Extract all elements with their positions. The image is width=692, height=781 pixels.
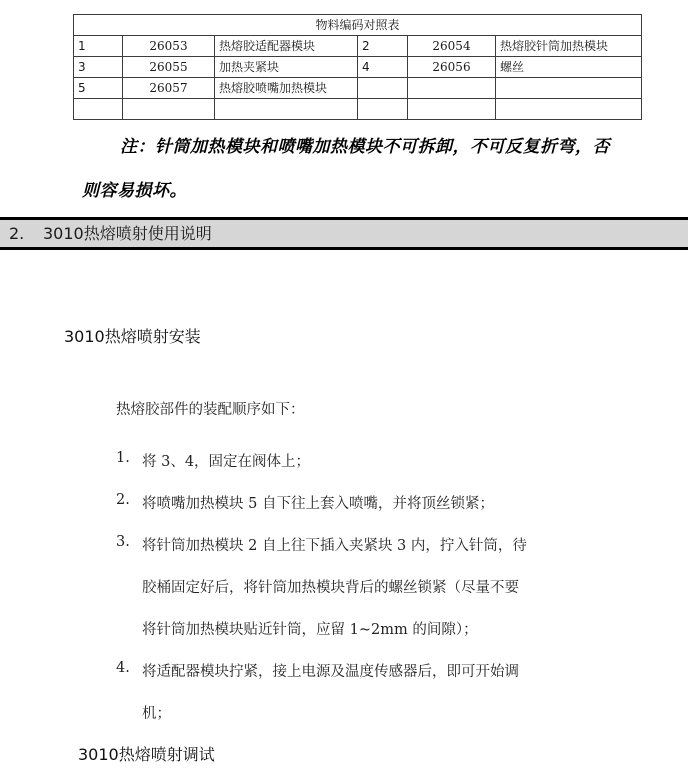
table-cell: 热熔胶喷嘴加热模块 bbox=[215, 78, 358, 99]
table-cell: 2 bbox=[358, 36, 408, 57]
table-row bbox=[74, 99, 642, 120]
table-cell: 螺丝 bbox=[496, 57, 642, 78]
warning-note-line-1: 注：针筒加热模块和喷嘴加热模块不可拆卸，不可反复折弯，否 bbox=[120, 132, 610, 157]
install-intro: 热熔胶部件的装配顺序如下： bbox=[116, 398, 305, 419]
step-text: 胶桶固定好后，将针筒加热模块背后的螺丝锁紧（尽量不要 bbox=[142, 576, 519, 597]
table-row: 1 26053 热熔胶适配器模块 2 26054 热熔胶针筒加热模块 bbox=[74, 36, 642, 57]
step-text: 将适配器模块拧紧，接上电源及温度传感器后，即可开始调 bbox=[142, 660, 519, 681]
table-cell bbox=[496, 99, 642, 120]
step-text: 将针筒加热模块贴近针筒，应留 1~2mm 的间隙）； bbox=[142, 618, 478, 639]
step-number: 2. bbox=[116, 492, 130, 508]
step-text: 将 3、4，固定在阀体上； bbox=[142, 450, 310, 471]
step-number: 1. bbox=[116, 450, 130, 466]
step-text: 将喷嘴加热模块 5 自下往上套入喷嘴，并将顶丝锁紧； bbox=[142, 492, 494, 513]
table-cell bbox=[215, 99, 358, 120]
table-cell bbox=[74, 99, 123, 120]
step-text: 将针筒加热模块 2 自上往下插入夹紧块 3 内，拧入针筒，待 bbox=[142, 534, 527, 555]
install-heading: 3010热熔喷射安装 bbox=[64, 324, 201, 347]
step-number: 4. bbox=[116, 660, 130, 676]
step-number: 3. bbox=[116, 534, 130, 550]
material-code-table: 物料编码对照表 1 26053 热熔胶适配器模块 2 26054 热熔胶针筒加热… bbox=[73, 14, 642, 120]
table-row: 3 26055 加热夹紧块 4 26056 螺丝 bbox=[74, 57, 642, 78]
table-cell: 26054 bbox=[408, 36, 496, 57]
table-cell: 5 bbox=[74, 78, 123, 99]
table-cell bbox=[408, 78, 496, 99]
debug-heading: 3010热熔喷射调试 bbox=[78, 742, 215, 765]
table-cell bbox=[123, 99, 215, 120]
table-caption: 物料编码对照表 bbox=[74, 15, 642, 36]
table-cell bbox=[496, 78, 642, 99]
table-caption-row: 物料编码对照表 bbox=[74, 15, 642, 36]
table-cell: 26053 bbox=[123, 36, 215, 57]
warning-note-line-2: 则容易损坏。 bbox=[82, 176, 187, 201]
step-text: 机； bbox=[142, 702, 171, 723]
table-cell bbox=[408, 99, 496, 120]
section-number: 2. bbox=[9, 220, 24, 247]
table-cell: 热熔胶适配器模块 bbox=[215, 36, 358, 57]
table-cell: 加热夹紧块 bbox=[215, 57, 358, 78]
table-cell bbox=[358, 99, 408, 120]
table-cell bbox=[358, 78, 408, 99]
table-cell: 26056 bbox=[408, 57, 496, 78]
section-header: 2. 3010热熔喷射使用说明 bbox=[0, 217, 688, 250]
table-row: 5 26057 热熔胶喷嘴加热模块 bbox=[74, 78, 642, 99]
table-cell: 热熔胶针筒加热模块 bbox=[496, 36, 642, 57]
table-cell: 26055 bbox=[123, 57, 215, 78]
table-cell: 4 bbox=[358, 57, 408, 78]
section-title: 3010热熔喷射使用说明 bbox=[43, 220, 212, 247]
table-cell: 26057 bbox=[123, 78, 215, 99]
table-cell: 1 bbox=[74, 36, 123, 57]
table-cell: 3 bbox=[74, 57, 123, 78]
